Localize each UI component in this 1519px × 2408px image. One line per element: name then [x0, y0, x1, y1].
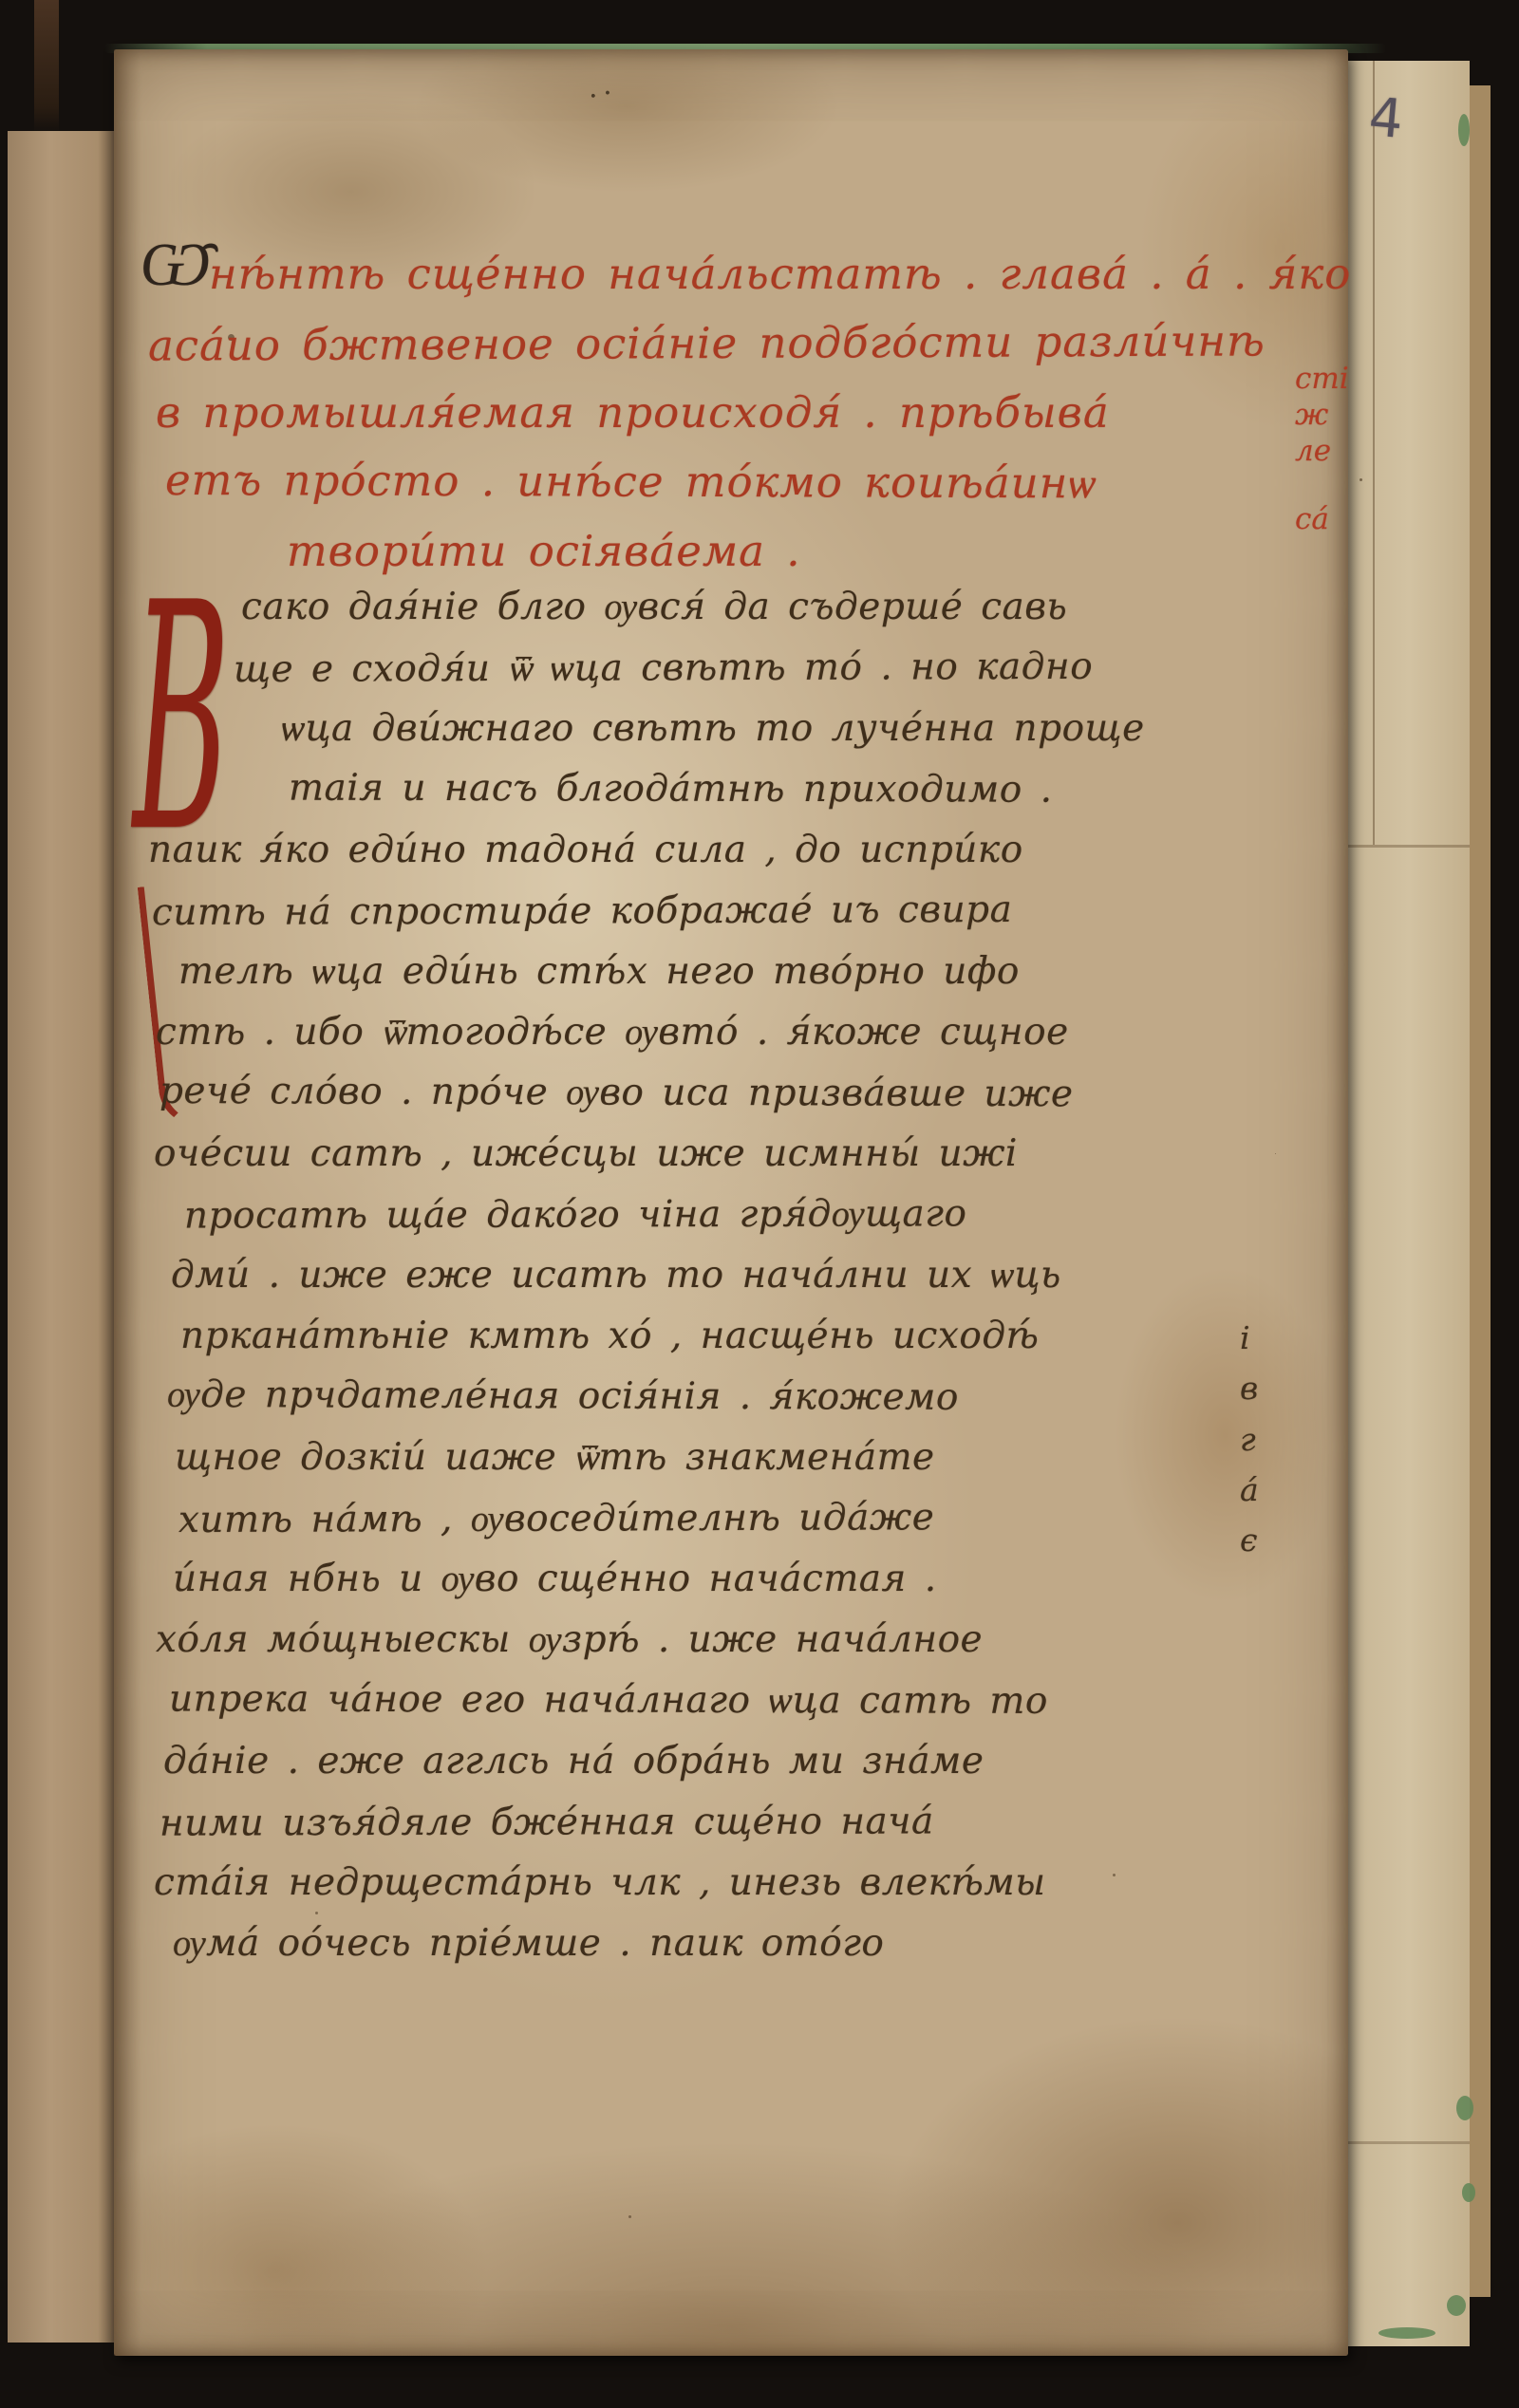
- body-text-line: ѡца дви́жнаго свѣтѣ то луче́нна проще: [281, 699, 1295, 759]
- margin-note-brown: і: [1240, 1321, 1259, 1355]
- next-page-edge: [1348, 61, 1470, 2346]
- green-paint-speck: [1462, 2183, 1475, 2202]
- heading-line: в промышля́емая происходя́ . прѣбыва́: [156, 378, 1274, 447]
- folio-number: 4: [1366, 86, 1437, 154]
- page-edge-seam: [1348, 845, 1470, 848]
- body-text-line: таія и насъ блгода́тнѣ приходимо .: [289, 758, 1295, 822]
- green-paint-speck: [1456, 2096, 1473, 2120]
- rubric-heading: нѣ́нтѣ сще́нно нача́льстатѣ . глава́ . а…: [144, 239, 1274, 586]
- body-text-line: хитѣ на́мѣ , ѹвоседи́телнѣ ида́же: [178, 1486, 1295, 1551]
- ink-blot-mark: ··: [586, 75, 622, 114]
- body-text-line: сако дая́ніе блго ѹвся́ да съдерше́ савь: [241, 577, 1295, 638]
- body-text-line: просатѣ ща́е дако́го чіна гря́дѹщаго: [184, 1183, 1295, 1246]
- body-text-line: хо́ля мо́щныескы ѹзрѣ́ . иже нача́лное: [156, 1610, 1295, 1671]
- body-text-line: да́ніе . еже агглсь на́ обра́нь ми зна́м…: [163, 1731, 1295, 1792]
- body-text-line: рече́ сло́во . про́че ѹво иса призва́вше…: [159, 1061, 1295, 1126]
- heading-line: нѣ́нтѣ сще́нно нача́льстатѣ . глава́ . а…: [209, 239, 1274, 308]
- heading-line: етъ про́сто . инѣ́се то́кмо коиѣа́инѡ: [165, 445, 1274, 518]
- body-text-line: пркана́тѣніе кмтѣ хо́ , насще́нь исходѣ́: [180, 1306, 1295, 1367]
- body-text-line: ситѣ на́ спростира́е кображае́ иъ свира: [152, 879, 1295, 943]
- heading-line: твори́ти осіява́ема .: [287, 516, 1274, 586]
- margin-note-brown: є: [1240, 1523, 1259, 1558]
- margin-note-red: сті: [1295, 363, 1349, 395]
- body-text-line: ще е сходя́и ѿ ѡца свѣтѣ то́ . но кадно: [234, 636, 1295, 700]
- margin-note-brown: г: [1240, 1423, 1259, 1457]
- margin-note-brown: а́: [1240, 1473, 1259, 1507]
- body-text-line: оче́сии сатѣ , иже́сцы иже исмнны́ ижі: [154, 1124, 1295, 1185]
- margin-note-brown: в: [1240, 1372, 1259, 1406]
- manuscript-page: ·· 4 Ѡ̑ нѣ́нтѣ сще́нно нача́льстатѣ . гл…: [114, 49, 1348, 2356]
- margin-note-red: ж: [1295, 399, 1349, 431]
- page-block-edge: [1470, 85, 1491, 2297]
- body-text-line: ѹма́ оо́чесь пріе́мше . паик ото́го: [173, 1913, 1295, 1974]
- heading-line: аса́ио бжтвеное осіа́ніе подбго́сти разл…: [148, 306, 1274, 380]
- green-paint-speck: [1458, 114, 1470, 146]
- page-edge-seam: [1348, 2141, 1470, 2144]
- body-text-line: ста́ія недрщеста́рнь члк , инезь влекѣ́м…: [154, 1853, 1295, 1913]
- body-text-block: сако дая́ніе блго ѹвся́ да съдерше́ савь…: [146, 577, 1295, 1974]
- page-edge-seam: [1373, 61, 1375, 845]
- body-text-line: и́ная нбнь и ѹво сще́нно нача́стая .: [173, 1549, 1295, 1610]
- body-text-line: ипрека ча́ное его нача́лнаго ѡца сатѣ то: [169, 1669, 1295, 1732]
- margin-notes-red: стіжлеса́: [1295, 363, 1349, 535]
- body-text-line: дми́ . иже еже исатѣ то нача́лни их ѡць: [171, 1245, 1295, 1306]
- margin-note-red: са́: [1295, 503, 1349, 535]
- body-text-line: телѣ ѡца еди́нь стѣ́х него тво́рно ифо: [178, 942, 1295, 1002]
- body-text-line: щное дозкіи́ иаже ѿтѣ знакмена́те: [175, 1428, 1295, 1488]
- binding-thread: [34, 0, 59, 133]
- green-paint-speck: [1378, 2327, 1435, 2339]
- margin-note-red: ле: [1295, 435, 1349, 467]
- body-text-line: стѣ . ибо ѿтогодѣ́се ѹвто́ . я́коже сщно…: [156, 1002, 1295, 1063]
- previous-page-edge: [8, 131, 114, 2343]
- body-text-line: паик я́ко еди́но тадона́ сила , до испри…: [148, 820, 1295, 881]
- body-text-line: ѹде прчдателе́ная осія́нія . я́кожемо: [167, 1365, 1295, 1429]
- body-text-line: ними изъя́дяле бже́нная сще́но нача́: [159, 1790, 1295, 1854]
- manuscript-scan: ·· 4 Ѡ̑ нѣ́нтѣ сще́нно нача́льстатѣ . гл…: [0, 0, 1519, 2408]
- green-paint-speck: [1447, 2295, 1466, 2316]
- margin-notes-brown: івга́є: [1240, 1321, 1259, 1558]
